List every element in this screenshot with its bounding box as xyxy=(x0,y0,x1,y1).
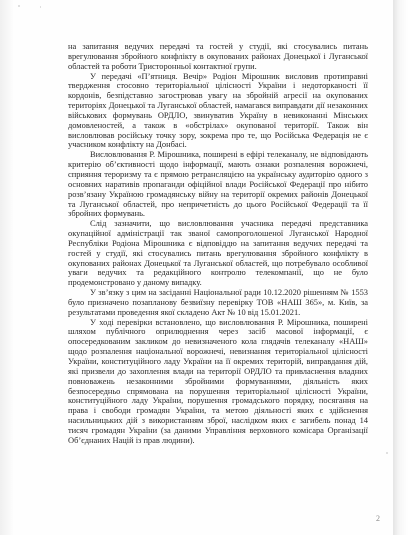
paragraph-4: Слід зазначити, що висловлювання учасник… xyxy=(68,219,368,288)
document-body: на запитання ведучих передачі та гостей … xyxy=(68,42,368,446)
scan-right-edge xyxy=(393,0,408,535)
document-page: на запитання ведучих передачі та гостей … xyxy=(0,0,396,535)
paragraph-5: У зв’язку з цим на засіданні Національно… xyxy=(68,288,368,318)
paragraph-3: Висловлювання Р. Мірошника, поширені в е… xyxy=(68,150,368,219)
scan-speck xyxy=(40,6,41,8)
paragraph-2: У передачі «П’ятниця. Вечір» Родіон Міро… xyxy=(68,72,368,151)
scan-speck xyxy=(18,5,20,7)
scan-speck xyxy=(386,452,388,454)
scan-left-shadow xyxy=(0,0,14,535)
paragraph-6: У ході перевірки встановлено, що висловл… xyxy=(68,318,368,446)
paragraph-1: на запитання ведучих передачі та гостей … xyxy=(68,42,368,72)
page-number: 2 xyxy=(376,514,380,523)
